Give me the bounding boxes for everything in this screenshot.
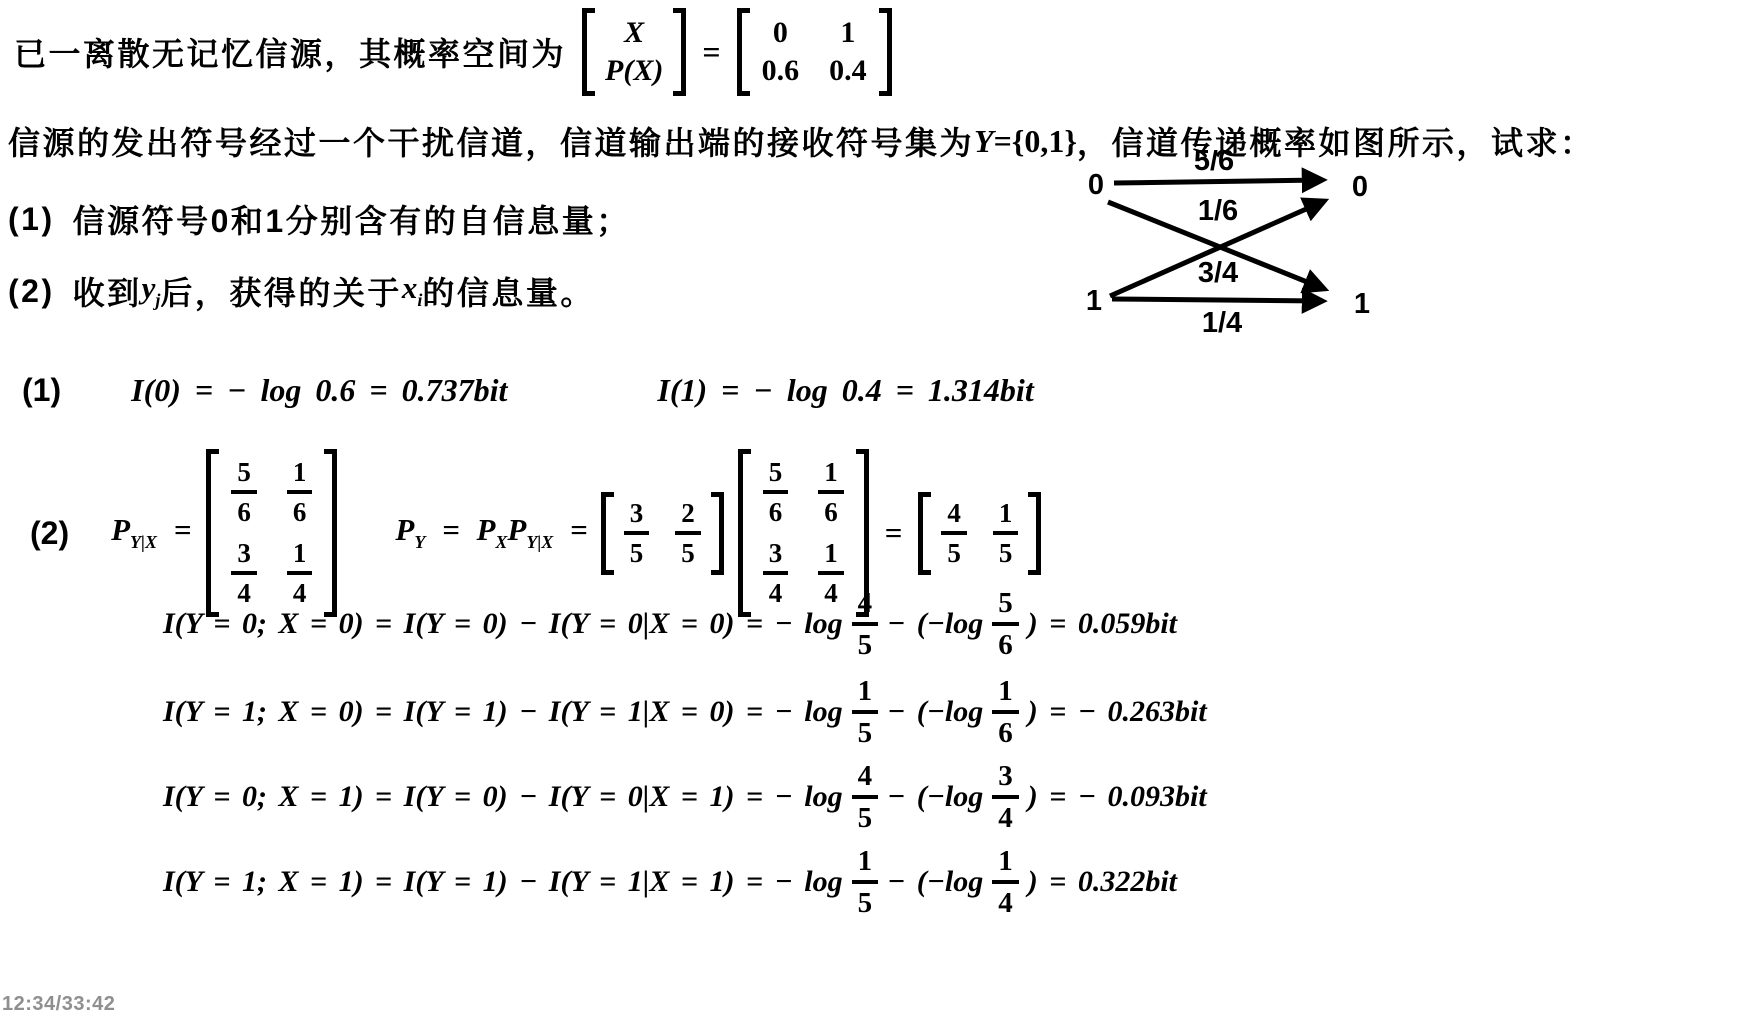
matrix-cell: 1 xyxy=(840,16,855,50)
fraction: 45 xyxy=(852,589,879,660)
fraction: 16 xyxy=(287,459,313,526)
py-result-vector: 45 15 xyxy=(918,492,1041,575)
fraction-numerator: 4 xyxy=(941,500,967,531)
mutual-info-line-3: I(Y = 0; X = 1) = I(Y = 0) − I(Y = 0|X =… xyxy=(163,751,1207,843)
matrix-cell-px: P(X) xyxy=(605,54,663,88)
fraction-numerator: 1 xyxy=(992,847,1019,880)
math-token: P xyxy=(395,512,414,547)
math-token: x xyxy=(402,270,418,305)
fraction: 16 xyxy=(992,677,1019,748)
fraction-numerator: 1 xyxy=(818,540,844,571)
matrix-cell-x: X xyxy=(624,16,644,50)
fraction: 56 xyxy=(231,459,257,526)
question-1: (1) 信源符号0和1分别含有的自信息量； xyxy=(8,196,631,242)
fraction-denominator: 5 xyxy=(993,531,1019,567)
fraction-denominator: 4 xyxy=(992,795,1019,833)
output-node-0: 0 xyxy=(1352,171,1368,203)
fraction-numerator: 5 xyxy=(231,459,257,490)
edge-label-0-0: 5/6 xyxy=(1194,150,1234,177)
pyx2-subscript: Y|X xyxy=(526,533,553,553)
fraction-numerator: 3 xyxy=(231,540,257,571)
right-bracket xyxy=(1028,492,1041,575)
fraction-numerator: 2 xyxy=(675,500,701,531)
question-2-number: (2) xyxy=(8,273,55,310)
left-bracket xyxy=(601,492,614,575)
fraction-denominator: 6 xyxy=(231,490,257,526)
mi-result: ) = − 0.263bit xyxy=(1028,695,1207,729)
math-token: P xyxy=(111,512,130,547)
fraction-denominator: 5 xyxy=(624,531,650,567)
self-information-0: I(0) = − log 0.6 = 0.737bit xyxy=(131,372,507,409)
question-1-number: (1) xyxy=(8,201,55,238)
fraction-denominator: 4 xyxy=(992,880,1019,918)
left-bracket xyxy=(918,492,931,575)
px-subscript: X xyxy=(495,533,507,553)
fraction: 15 xyxy=(852,847,879,918)
fraction-denominator: 6 xyxy=(763,490,789,526)
input-node-0: 0 xyxy=(1088,169,1104,201)
mi-lhs: I(Y = 0; X = 1) = I(Y = 0) − I(Y = 0|X =… xyxy=(163,780,843,814)
question-2-text-a: 收到 xyxy=(73,268,142,314)
fraction-numerator: 3 xyxy=(624,500,650,531)
fraction-numerator: 5 xyxy=(763,459,789,490)
fraction-denominator: 6 xyxy=(992,710,1019,748)
fraction: 35 xyxy=(624,500,650,567)
fraction: 56 xyxy=(992,589,1019,660)
edge-1-to-1 xyxy=(1112,299,1320,301)
line1-text: 已一离散无记忆信源，其概率空间为 xyxy=(14,29,566,75)
probability-values-matrix: 0 1 0.6 0.4 xyxy=(737,8,892,96)
matrix-cell: 0.4 xyxy=(829,54,867,88)
fraction-numerator: 1 xyxy=(287,459,313,490)
fraction: 34 xyxy=(992,762,1019,833)
input-node-1: 1 xyxy=(1086,285,1102,317)
output-node-1: 1 xyxy=(1354,288,1370,320)
fraction-numerator: 1 xyxy=(852,677,879,710)
channel-diagram: 0 1 0 1 5/6 1/6 3/4 1/4 xyxy=(1082,150,1378,342)
problem-line-1: 已一离散无记忆信源，其概率空间为 X P(X) = 0 1 0.6 0.4 xyxy=(14,8,892,96)
mi-result: ) = 0.059bit xyxy=(1028,607,1177,641)
solution-1-number: (1) xyxy=(22,372,61,409)
mutual-info-line-4: I(Y = 1; X = 1) = I(Y = 1) − I(Y = 1|X =… xyxy=(163,836,1177,928)
edge-0-to-0 xyxy=(1114,180,1320,183)
equals-sign: = xyxy=(570,512,588,547)
pyx-label: PY|X = xyxy=(111,512,200,553)
fraction: 25 xyxy=(675,500,701,567)
question-2-text-c: 的信息量。 xyxy=(422,268,595,314)
fraction: 56 xyxy=(763,459,789,526)
equals-sign: = xyxy=(885,515,903,551)
right-bracket xyxy=(879,8,892,96)
matrix-cell: 0.6 xyxy=(762,54,800,88)
mi-result: ) = 0.322bit xyxy=(1028,865,1177,899)
fraction-numerator: 1 xyxy=(993,500,1019,531)
y-variable: Y xyxy=(974,123,994,160)
fraction-denominator: 5 xyxy=(852,795,879,833)
edge-label-1-0: 3/4 xyxy=(1198,257,1238,289)
left-bracket xyxy=(582,8,595,96)
mi-lhs: I(Y = 1; X = 0) = I(Y = 1) − I(Y = 1|X =… xyxy=(163,695,843,729)
fraction-denominator: 6 xyxy=(992,622,1019,660)
fraction-numerator: 4 xyxy=(852,762,879,795)
question-2: (2) 收到 yj 后，获得的关于 xi 的信息量。 xyxy=(8,268,595,314)
fraction: 45 xyxy=(852,762,879,833)
xi-variable: xi xyxy=(402,270,423,311)
equals-sign: = xyxy=(702,34,720,71)
fraction-numerator: 1 xyxy=(852,847,879,880)
math-token: P xyxy=(507,512,526,547)
mi-mid: − (−log xyxy=(887,865,983,899)
solution-part-1: (1) I(0) = − log 0.6 = 0.737bit I(1) = −… xyxy=(22,372,1034,409)
probability-space-matrix: X P(X) xyxy=(582,8,686,96)
fraction: 45 xyxy=(941,500,967,567)
right-bracket xyxy=(673,8,686,96)
fraction-denominator: 5 xyxy=(675,531,701,567)
fraction: 16 xyxy=(818,459,844,526)
fraction-numerator: 4 xyxy=(852,589,879,622)
mi-mid: − (−log xyxy=(887,780,983,814)
fraction-denominator: 5 xyxy=(941,531,967,567)
self-information-1: I(1) = − log 0.4 = 1.314bit xyxy=(657,372,1033,409)
y-set: ={0,1} xyxy=(994,123,1077,160)
slide-page: { "colors": { "ink": "#000000", "paper":… xyxy=(0,0,1757,1017)
line2-text-pre: 信源的发出符号经过一个干扰信道，信道输出端的接收符号集为 xyxy=(8,118,974,164)
mi-mid: − (−log xyxy=(887,607,983,641)
question-1-text: 信源符号0和1分别含有的自信息量； xyxy=(73,196,631,242)
fraction: 14 xyxy=(992,847,1019,918)
yj-variable: yj xyxy=(142,270,161,311)
fraction-denominator: 5 xyxy=(852,622,879,660)
math-token: P xyxy=(476,512,495,547)
mi-lhs: I(Y = 0; X = 0) = I(Y = 0) − I(Y = 0|X =… xyxy=(163,607,843,641)
left-bracket xyxy=(737,8,750,96)
pyx-subscript: Y|X xyxy=(130,533,157,553)
mi-mid: − (−log xyxy=(887,695,983,729)
edge-label-1-1: 1/4 xyxy=(1202,307,1242,339)
fraction: 15 xyxy=(852,677,879,748)
question-2-text-b: 后，获得的关于 xyxy=(160,268,402,314)
fraction-denominator: 6 xyxy=(818,490,844,526)
math-token: y xyxy=(142,270,156,305)
fraction-denominator: 5 xyxy=(852,880,879,918)
py-equation-label: PY = PXPY|X = xyxy=(395,512,596,553)
solution-2-number: (2) xyxy=(30,515,69,552)
fraction-numerator: 1 xyxy=(992,677,1019,710)
mi-lhs: I(Y = 1; X = 1) = I(Y = 1) − I(Y = 1|X =… xyxy=(163,865,843,899)
video-timestamp: 12:34/33:42 xyxy=(2,993,115,1016)
fraction-denominator: 5 xyxy=(852,710,879,748)
mutual-info-line-1: I(Y = 0; X = 0) = I(Y = 0) − I(Y = 0|X =… xyxy=(163,578,1177,670)
px-row-vector: 35 25 xyxy=(601,492,724,575)
mi-result: ) = − 0.093bit xyxy=(1028,780,1207,814)
fraction-numerator: 3 xyxy=(763,540,789,571)
fraction-numerator: 5 xyxy=(992,589,1019,622)
equals-sign: = xyxy=(174,512,192,547)
fraction-numerator: 1 xyxy=(287,540,313,571)
fraction-denominator: 6 xyxy=(287,490,313,526)
right-bracket xyxy=(711,492,724,575)
fraction-numerator: 3 xyxy=(992,762,1019,795)
fraction-numerator: 1 xyxy=(818,459,844,490)
mutual-info-line-2: I(Y = 1; X = 0) = I(Y = 1) − I(Y = 1|X =… xyxy=(163,666,1207,758)
equals-sign: = xyxy=(442,512,460,547)
py-subscript: Y xyxy=(414,533,425,553)
edge-label-0-1: 1/6 xyxy=(1198,195,1238,227)
fraction: 15 xyxy=(993,500,1019,567)
matrix-cell: 0 xyxy=(773,16,788,50)
